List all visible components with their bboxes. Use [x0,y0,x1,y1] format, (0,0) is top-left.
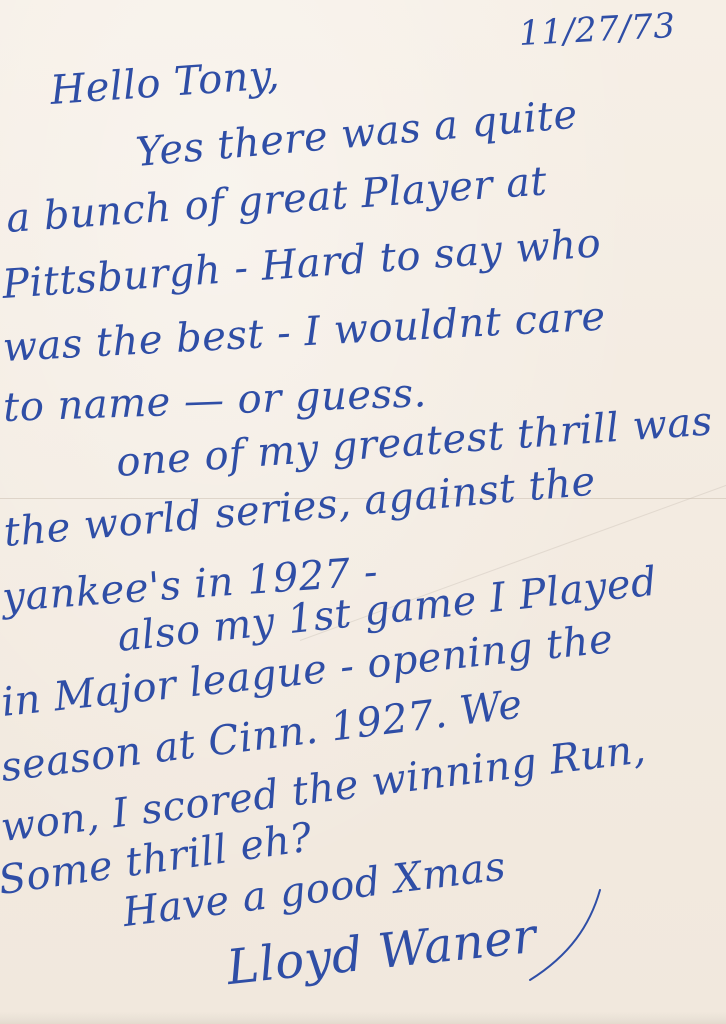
letter-date: 11/27/73 [518,6,677,54]
body-line-4: was the best - I wouldnt care [2,293,607,371]
paper-bottom-edge [0,1012,726,1024]
signature: Lloyd Waner [224,908,539,996]
signature-flourish-icon [520,885,610,985]
letter-greeting: Hello Tony, [49,52,282,114]
letter-page: 11/27/73 Hello Tony, Yes there was a qui… [0,0,726,1024]
